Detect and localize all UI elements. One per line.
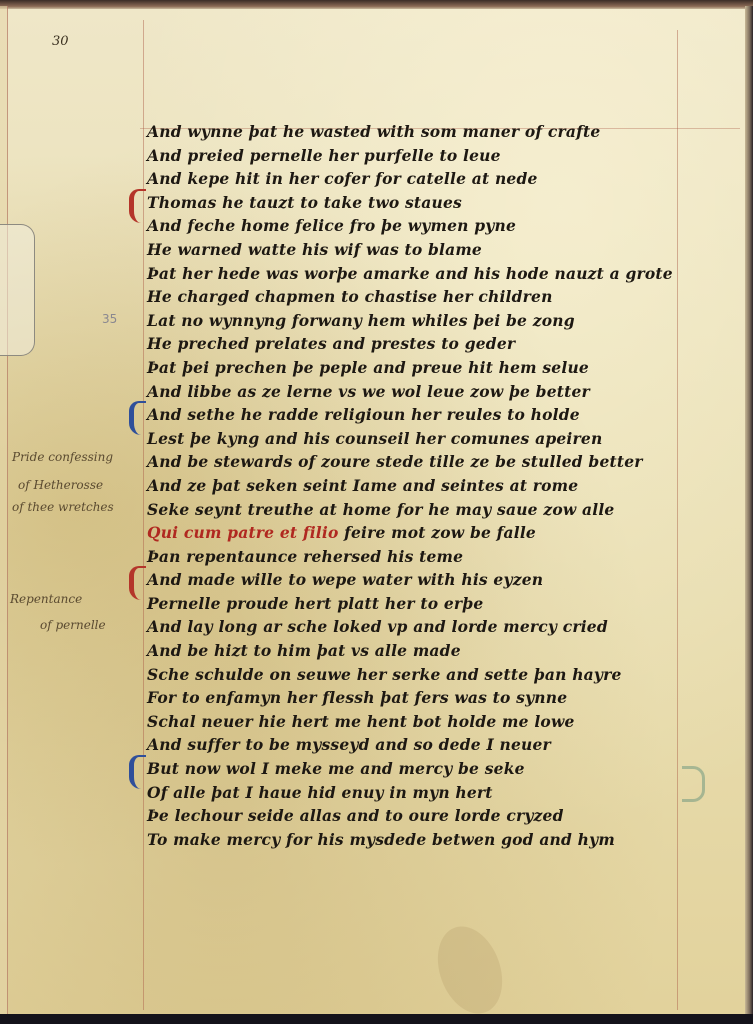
text-line: Seke seynt treuthe at home for he may sa…: [147, 498, 707, 522]
text-line: Þat her hede was worþe amarke and his ho…: [147, 262, 707, 286]
line-text: Seke seynt treuthe at home for he may sa…: [147, 500, 614, 519]
text-line: Lat no wynnyng forwany hem whiles þei be…: [147, 309, 707, 333]
line-text: feire mot zow be falle: [344, 523, 536, 542]
line-text: Schal neuer hie hert me hent bot holde m…: [147, 712, 575, 731]
line-text: Þat her hede was worþe amarke and his ho…: [147, 264, 673, 283]
red-paraph-initial: [129, 566, 146, 600]
line-text: And suffer to be mysseyd and so dede I n…: [147, 735, 551, 754]
line-text: Sche schulde on seuwe her serke and sett…: [147, 665, 622, 684]
text-line: And libbe as ze lerne vs we wol leue zow…: [147, 380, 707, 404]
line-text: Thomas he tauzt to take two staues: [147, 193, 462, 212]
line-text: And wynne þat he wasted with som maner o…: [147, 122, 600, 141]
margin-note: Pride confessing: [12, 450, 113, 464]
top-page-edge: [0, 0, 753, 9]
margin-note: Repentance: [10, 592, 82, 606]
line-text: Þat þei prechen þe peple and preue hit h…: [147, 358, 589, 377]
margin-note: of Hetherosse: [18, 478, 103, 492]
text-line: And made wille to wepe water with his ey…: [147, 568, 707, 592]
text-line: For to enfamyn her flessh þat fers was t…: [147, 686, 707, 710]
line-text: And libbe as ze lerne vs we wol leue zow…: [147, 382, 590, 401]
line-text: Þe lechour seide allas and to oure lorde…: [147, 806, 564, 825]
line-text: And sethe he radde religioun her reules …: [147, 405, 580, 424]
line-text: And made wille to wepe water with his ey…: [147, 570, 543, 589]
text-line: Þat þei prechen þe peple and preue hit h…: [147, 356, 707, 380]
text-line: And be stewards of zoure stede tille ze …: [147, 450, 707, 474]
text-line: And lay long ar sche loked vp and lorde …: [147, 615, 707, 639]
line-text: He warned watte his wif was to blame: [147, 240, 482, 259]
text-line: And ze þat seken seint Iame and seintes …: [147, 474, 707, 498]
text-block: And wynne þat he wasted with som maner o…: [147, 120, 707, 851]
text-line: And preied pernelle her purfelle to leue: [147, 144, 707, 168]
line-text: Of alle þat I haue hid enuy in myn hert: [147, 783, 493, 802]
line-text: But now wol I meke me and mercy be seke: [147, 759, 525, 778]
text-line: And kepe hit in her cofer for catelle at…: [147, 167, 707, 191]
text-line: And sethe he radde religioun her reules …: [147, 403, 707, 427]
line-text: He charged chapmen to chastise her child…: [147, 287, 553, 306]
line-text: And lay long ar sche loked vp and lorde …: [147, 617, 608, 636]
text-line: Schal neuer hie hert me hent bot holde m…: [147, 710, 707, 734]
line-text: Þan repentaunce rehersed his teme: [147, 547, 463, 566]
text-line: He charged chapmen to chastise her child…: [147, 285, 707, 309]
line-text: Lest þe kyng and his counseil her comune…: [147, 429, 602, 448]
text-line: And feche home felice fro þe wymen pyne: [147, 214, 707, 238]
rubric-latin: Qui cum patre et filio: [147, 523, 339, 542]
text-line: Pernelle proude hert platt her to erþe: [147, 592, 707, 616]
text-line: Þan repentaunce rehersed his teme: [147, 545, 707, 569]
margin-note: of thee wretches: [12, 500, 114, 514]
folio-number: 30: [52, 34, 69, 49]
text-line: But now wol I meke me and mercy be seke: [147, 757, 707, 781]
text-line: And wynne þat he wasted with som maner o…: [147, 120, 707, 144]
line-text: He preched prelates and prestes to geder: [147, 334, 515, 353]
text-line: To make mercy for his mysdede betwen god…: [147, 828, 707, 852]
text-line: Thomas he tauzt to take two staues: [147, 191, 707, 215]
blue-paraph-initial: [129, 755, 146, 789]
red-paraph-initial: [129, 189, 146, 223]
line-text: And ze þat seken seint Iame and seintes …: [147, 476, 578, 495]
right-page-edge: [745, 6, 753, 1016]
line-text: And be stewards of zoure stede tille ze …: [147, 452, 643, 471]
margin-note: of pernelle: [40, 618, 106, 632]
text-line: And suffer to be mysseyd and so dede I n…: [147, 733, 707, 757]
line-text: And be hizt to him þat vs alle made: [147, 641, 461, 660]
line-text: And kepe hit in her cofer for catelle at…: [147, 169, 538, 188]
text-line: He preched prelates and prestes to geder: [147, 332, 707, 356]
text-line: Þe lechour seide allas and to oure lorde…: [147, 804, 707, 828]
line-text: Pernelle proude hert platt her to erþe: [147, 594, 483, 613]
text-line: Of alle þat I haue hid enuy in myn hert: [147, 781, 707, 805]
text-line: Sche schulde on seuwe her serke and sett…: [147, 663, 707, 687]
line-text: Lat no wynnyng forwany hem whiles þei be…: [147, 311, 575, 330]
line-text: And preied pernelle her purfelle to leue: [147, 146, 501, 165]
pencil-number: 35: [102, 312, 117, 326]
line-text: And feche home felice fro þe wymen pyne: [147, 216, 516, 235]
text-line: Qui cum patre et filio feire mot zow be …: [147, 521, 707, 545]
line-text: To make mercy for his mysdede betwen god…: [147, 830, 615, 849]
line-text: For to enfamyn her flessh þat fers was t…: [147, 688, 567, 707]
blue-paraph-initial: [129, 401, 146, 435]
text-line: He warned watte his wif was to blame: [147, 238, 707, 262]
text-line: Lest þe kyng and his counseil her comune…: [147, 427, 707, 451]
text-line: And be hizt to him þat vs alle made: [147, 639, 707, 663]
ruling-left: [143, 20, 144, 1010]
page-tab-marker: [0, 224, 35, 356]
bottom-background: [0, 1014, 753, 1024]
left-gutter: [0, 6, 8, 1014]
